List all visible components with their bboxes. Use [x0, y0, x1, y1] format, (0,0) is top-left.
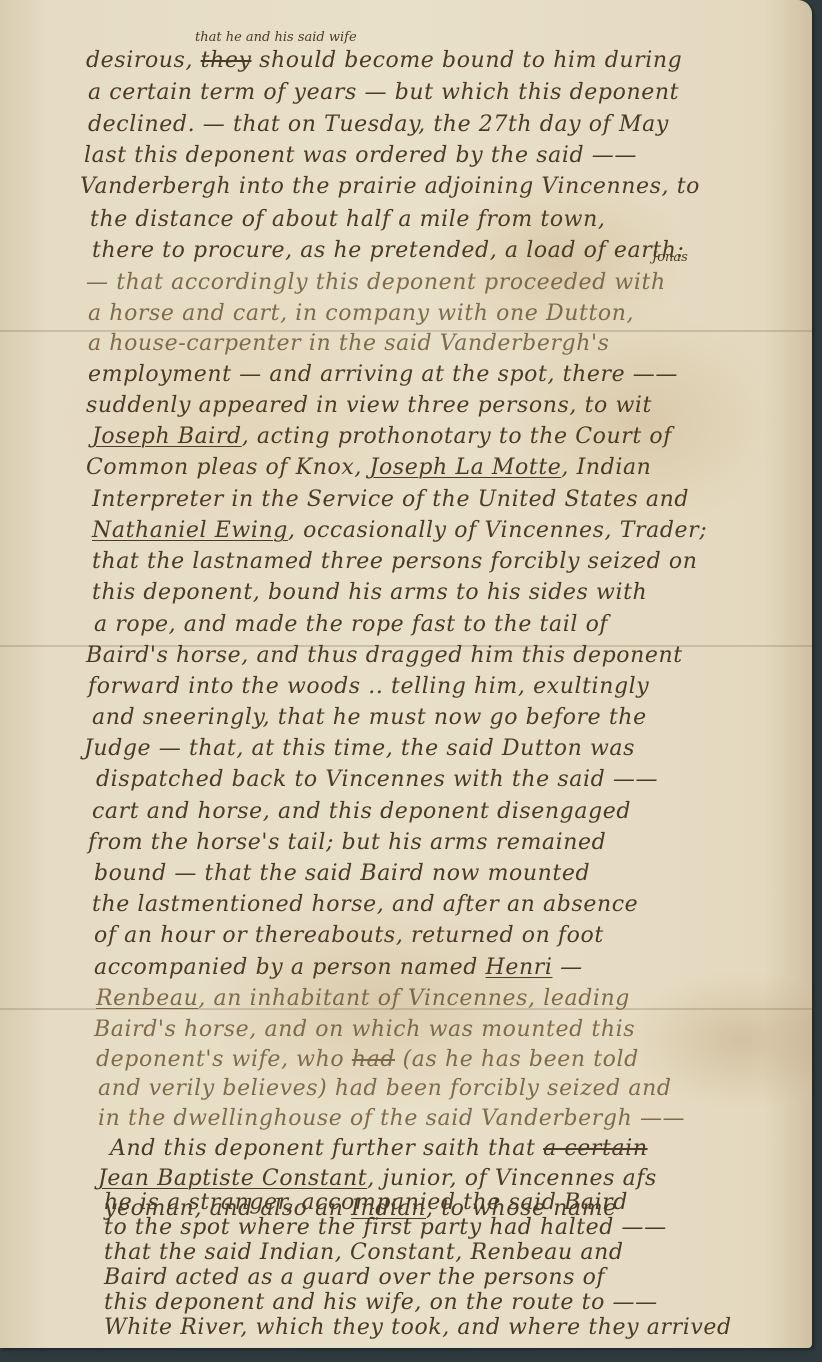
manuscript-line: employment — and arriving at the spot, t… [88, 362, 678, 387]
manuscript-line: this deponent and his wife, on the route… [104, 1290, 658, 1315]
manuscript-line: accompanied by a person named Henri — [94, 955, 583, 980]
manuscript-line: the distance of about half a mile from t… [90, 207, 605, 232]
manuscript-line: the lastmentioned horse, and after an ab… [92, 892, 638, 917]
underlined-name: Renbeau [96, 986, 198, 1011]
manuscript-line: And this deponent further saith that a c… [110, 1136, 648, 1161]
manuscript-line: that the said Indian, Constant, Renbeau … [104, 1240, 624, 1265]
manuscript-line: Interpreter in the Service of the United… [92, 487, 689, 512]
manuscript-line: desirous, they should become bound to hi… [86, 48, 682, 73]
manuscript-line: a house-carpenter in the said Vanderberg… [88, 331, 610, 356]
manuscript-line: a rope, and made the rope fast to the ta… [94, 612, 608, 637]
manuscript-line: this deponent, bound his arms to his sid… [92, 580, 647, 605]
manuscript-line: in the dwellinghouse of the said Vanderb… [98, 1106, 685, 1131]
manuscript-line: a certain term of years — but which this… [88, 80, 679, 105]
manuscript-line: suddenly appeared in view three persons,… [86, 393, 652, 418]
underlined-name: Joseph Baird [92, 424, 242, 449]
manuscript-line: forward into the woods .. telling him, e… [88, 674, 649, 699]
manuscript-line: — that accordingly this deponent proceed… [86, 270, 666, 295]
manuscript-line: last this deponent was ordered by the sa… [84, 143, 637, 168]
manuscript-line: from the horse's tail; but his arms rema… [88, 830, 606, 855]
manuscript-line: Common pleas of Knox, Joseph La Motte, I… [86, 455, 651, 480]
manuscript-line: Renbeau, an inhabitant of Vincennes, lea… [96, 986, 630, 1011]
interlinear-insertion: that he and his said wife [195, 30, 357, 45]
manuscript-line: Judge — that, at this time, the said Dut… [84, 736, 635, 761]
manuscript-line: Baird's horse, and thus dragged him this… [86, 643, 683, 668]
manuscript-line: deponent's wife, who had (as he has been… [96, 1047, 639, 1072]
manuscript-line: Baird acted as a guard over the persons … [104, 1265, 605, 1290]
struck-text: had [352, 1047, 395, 1072]
manuscript-line: White River, which they took, and where … [104, 1315, 732, 1340]
manuscript-line: he is a stranger, accompanied the said B… [104, 1190, 628, 1215]
manuscript-line: Joseph Baird, acting prothonotary to the… [92, 424, 672, 449]
manuscript-line: and verily believes) had been forcibly s… [98, 1076, 672, 1101]
manuscript-line: declined. — that on Tuesday, the 27th da… [88, 112, 669, 137]
underlined-name: Joseph La Motte [370, 455, 562, 480]
manuscript-line: there to procure, as he pretended, a loa… [92, 238, 685, 263]
manuscript-line: to the spot where the first party had ha… [104, 1215, 667, 1240]
underlined-name: Nathaniel Ewing [92, 518, 288, 543]
manuscript-page: that he and his said wife Jonas desirous… [0, 0, 812, 1348]
struck-text: they [201, 48, 252, 73]
underlined-name: Jean Baptiste Constant [98, 1166, 367, 1191]
manuscript-line: Vanderbergh into the prairie adjoining V… [80, 174, 700, 199]
manuscript-line: Jean Baptiste Constant, junior, of Vince… [98, 1166, 657, 1191]
manuscript-line: bound — that the said Baird now mounted [94, 861, 590, 886]
manuscript-line: cart and horse, and this deponent diseng… [92, 799, 631, 824]
underlined-name: Henri [486, 955, 553, 980]
manuscript-line: that the lastnamed three persons forcibl… [92, 549, 698, 574]
manuscript-line: of an hour or thereabouts, returned on f… [94, 923, 604, 948]
struck-text: a certain [543, 1136, 648, 1161]
manuscript-line: and sneeringly, that he must now go befo… [92, 705, 647, 730]
manuscript-line: dispatched back to Vincennes with the sa… [96, 767, 658, 792]
manuscript-line: Nathaniel Ewing, occasionally of Vincenn… [92, 518, 707, 543]
manuscript-line: Baird's horse, and on which was mounted … [94, 1017, 635, 1042]
manuscript-line: a horse and cart, in company with one Du… [88, 301, 634, 326]
